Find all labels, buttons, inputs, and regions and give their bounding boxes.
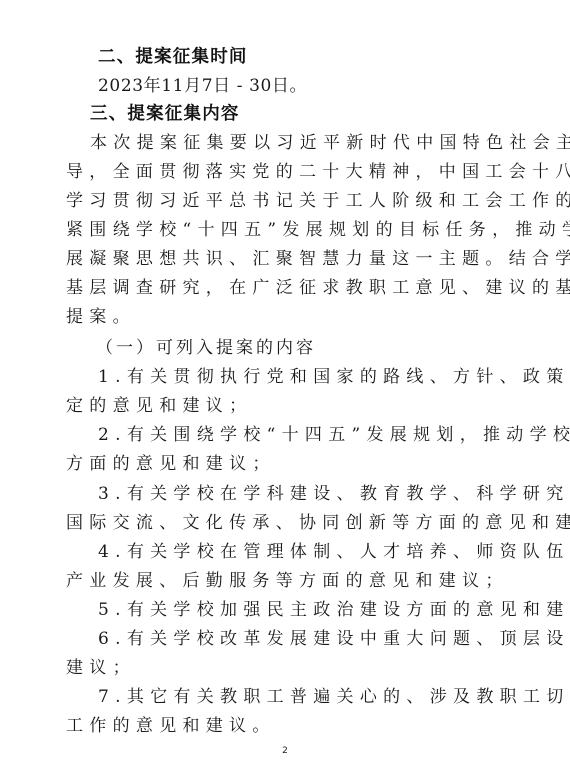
intro-paragraph-line: 基层调查研究，在广泛征求教职工意见、建议的基础上提出相关 (66, 274, 570, 303)
list-item-1-cont: 定的意见和建议； (66, 392, 570, 421)
document-page: 二、提案征集时间 2023年11月7日 - 30日。 三、提案征集内容 本次提案… (0, 0, 570, 780)
intro-paragraph-line: 导，全面贯彻落实党的二十大精神，中国工会十八大精神，深入 (66, 158, 570, 187)
list-item-4: 4.有关学校在管理体制、人才培养、师资队伍、校园规划与 (98, 538, 570, 567)
intro-paragraph-line: 学习贯彻习近平总书记关于工人阶级和工会工作的重要论述，紧 (66, 187, 570, 216)
list-item-7-cont: 工作的意见和建议。 (66, 712, 570, 741)
list-item-1: 1.有关贯彻执行党和国家的路线、方针、政策及上级有关规 (98, 363, 570, 392)
intro-paragraph-line: 展凝聚思想共识、汇聚智慧力量这一主题。结合学校实际，深入 (66, 245, 570, 274)
page-number: 2 (0, 746, 570, 756)
list-item-6-cont: 建议； (66, 654, 570, 683)
list-item-3-cont: 国际交流、文化传承、协同创新等方面的意见和建议； (66, 509, 570, 538)
list-item-2-cont: 方面的意见和建议； (66, 450, 570, 479)
list-item-7: 7.其它有关教职工普遍关心的、涉及教职工切身利益等民生 (98, 683, 570, 712)
list-item-2: 2.有关围绕学校“十四五”发展规划，推动学校高质量发展 (98, 421, 570, 450)
intro-paragraph-line: 本次提案征集要以习近平新时代中国特色社会主义思想为指 (90, 129, 570, 158)
intro-paragraph-line: 提案。 (66, 303, 570, 332)
subsection-heading-eligible-content: （一）可列入提案的内容 (96, 334, 570, 363)
section-heading-collection-time: 二、提案征集时间 (98, 43, 570, 72)
list-item-3: 3.有关学校在学科建设、教育教学、科学研究、社会服务、 (98, 480, 570, 509)
list-item-5: 5.有关学校加强民主政治建设方面的意见和建议； (98, 596, 570, 625)
intro-paragraph-line: 紧围绕学校“十四五”发展规划的目标任务，推动学校高质量发 (66, 216, 570, 245)
list-item-6: 6.有关学校改革发展建设中重大问题、顶层设计等的意见和 (98, 625, 570, 654)
list-item-4-cont: 产业发展、后勤服务等方面的意见和建议； (66, 567, 570, 596)
section-heading-collection-content: 三、提案征集内容 (90, 100, 570, 129)
collection-date-range: 2023年11月7日 - 30日。 (98, 72, 570, 101)
